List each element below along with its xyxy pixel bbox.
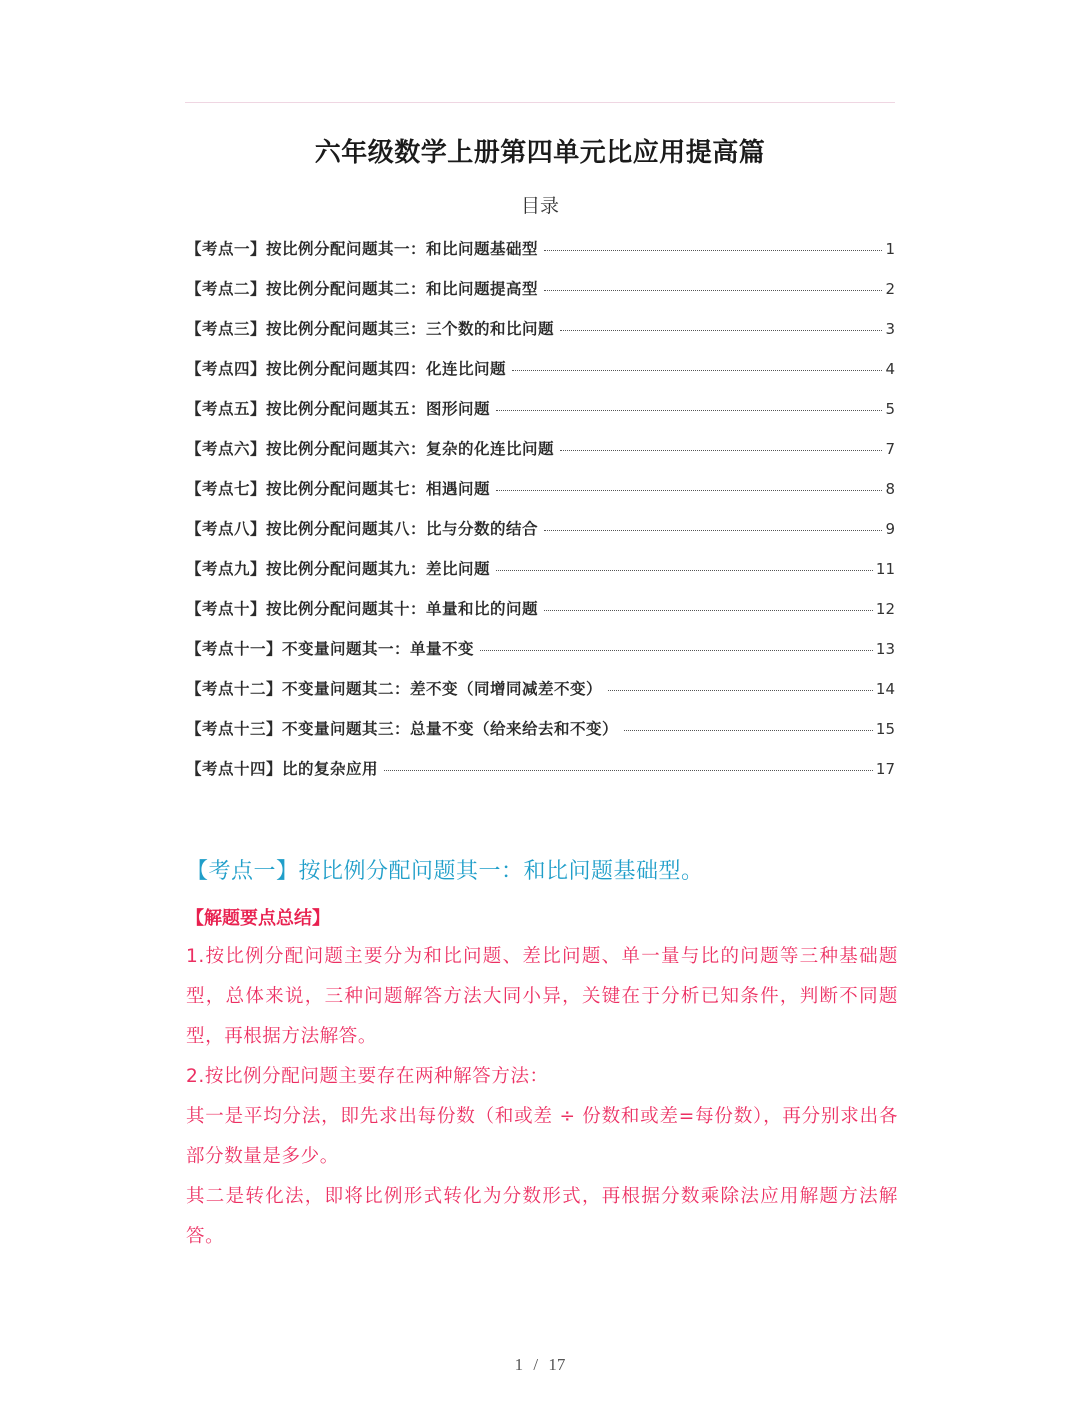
toc-entry-label: 【考点二】按比例分配问题其二：和比问题提高型: [186, 277, 538, 299]
toc-entry-page: 2: [885, 280, 895, 298]
toc-entry-page: 9: [885, 520, 895, 538]
toc-entry-label: 【考点五】按比例分配问题其五：图形问题: [186, 397, 490, 419]
toc-leader-dots: [496, 569, 873, 571]
toc-leader-dots: [544, 249, 882, 251]
toc-entry[interactable]: 【考点六】按比例分配问题其六：复杂的化连比问题 7: [186, 437, 895, 477]
toc-entry-page: 1: [885, 240, 895, 258]
toc-entry-label: 【考点七】按比例分配问题其七：相遇问题: [186, 477, 490, 499]
toc-entry-page: 14: [876, 680, 895, 698]
toc-leader-dots: [560, 329, 882, 331]
toc-entry[interactable]: 【考点八】按比例分配问题其八：比与分数的结合 9: [186, 517, 895, 557]
table-of-contents: 【考点一】按比例分配问题其一：和比问题基础型 1 【考点二】按比例分配问题其二：…: [186, 237, 895, 797]
toc-entry[interactable]: 【考点一】按比例分配问题其一：和比问题基础型 1: [186, 237, 895, 277]
toc-entry-label: 【考点十】按比例分配问题其十：单量和比的问题: [186, 597, 538, 619]
toc-leader-dots: [624, 729, 873, 731]
header-divider: [185, 102, 895, 103]
toc-entry[interactable]: 【考点七】按比例分配问题其七：相遇问题 8: [186, 477, 895, 517]
toc-leader-dots: [496, 409, 882, 411]
toc-leader-dots: [544, 609, 873, 611]
toc-entry[interactable]: 【考点五】按比例分配问题其五：图形问题 5: [186, 397, 895, 437]
document-title: 六年级数学上册第四单元比应用提高篇: [0, 132, 1080, 169]
toc-entry-page: 13: [876, 640, 895, 658]
toc-entry-label: 【考点十二】不变量问题其二：差不变（同增同减差不变）: [186, 677, 602, 699]
toc-heading: 目录: [0, 191, 1080, 218]
toc-entry[interactable]: 【考点十三】不变量问题其三：总量不变（给来给去和不变） 15: [186, 717, 895, 757]
toc-entry-label: 【考点十三】不变量问题其三：总量不变（给来给去和不变）: [186, 717, 618, 739]
toc-entry[interactable]: 【考点四】按比例分配问题其四：化连比问题 4: [186, 357, 895, 397]
toc-entry-label: 【考点六】按比例分配问题其六：复杂的化连比问题: [186, 437, 554, 459]
toc-entry-label: 【考点四】按比例分配问题其四：化连比问题: [186, 357, 506, 379]
toc-entry-page: 5: [885, 400, 895, 418]
section-heading: 【考点一】按比例分配问题其一：和比问题基础型。: [186, 854, 704, 885]
toc-entry-page: 3: [885, 320, 895, 338]
toc-leader-dots: [496, 489, 882, 491]
toc-leader-dots: [480, 649, 873, 651]
summary-body: 1.按比例分配问题主要分为和比问题、差比问题、单一量与比的问题等三种基础题型，总…: [186, 937, 898, 1257]
toc-entry-page: 4: [885, 360, 895, 378]
toc-entry-page: 11: [876, 560, 895, 578]
summary-paragraph: 其二是转化法，即将比例形式转化为分数形式，再根据分数乘除法应用解题方法解答。: [186, 1177, 898, 1257]
page-indicator: 1 / 17: [0, 1355, 1080, 1375]
toc-entry-page: 17: [876, 760, 895, 778]
toc-entry[interactable]: 【考点三】按比例分配问题其三：三个数的和比问题 3: [186, 317, 895, 357]
toc-entry-label: 【考点八】按比例分配问题其八：比与分数的结合: [186, 517, 538, 539]
toc-entry[interactable]: 【考点十二】不变量问题其二：差不变（同增同减差不变） 14: [186, 677, 895, 717]
toc-entry-page: 12: [876, 600, 895, 618]
toc-entry[interactable]: 【考点九】按比例分配问题其九：差比问题 11: [186, 557, 895, 597]
toc-leader-dots: [512, 369, 882, 371]
toc-entry-label: 【考点一】按比例分配问题其一：和比问题基础型: [186, 237, 538, 259]
toc-entry[interactable]: 【考点十一】不变量问题其一：单量不变 13: [186, 637, 895, 677]
toc-leader-dots: [608, 689, 873, 691]
toc-leader-dots: [544, 289, 882, 291]
summary-paragraph: 其一是平均分法，即先求出每份数（和或差 ÷ 份数和或差=每份数），再分别求出各部…: [186, 1097, 898, 1177]
toc-leader-dots: [544, 529, 882, 531]
toc-leader-dots: [384, 769, 873, 771]
toc-entry-label: 【考点三】按比例分配问题其三：三个数的和比问题: [186, 317, 554, 339]
toc-entry[interactable]: 【考点十】按比例分配问题其十：单量和比的问题 12: [186, 597, 895, 637]
summary-label: 【解题要点总结】: [186, 904, 330, 930]
toc-entry[interactable]: 【考点二】按比例分配问题其二：和比问题提高型 2: [186, 277, 895, 317]
toc-entry-page: 7: [885, 440, 895, 458]
toc-entry[interactable]: 【考点十四】比的复杂应用 17: [186, 757, 895, 797]
summary-paragraph: 1.按比例分配问题主要分为和比问题、差比问题、单一量与比的问题等三种基础题型，总…: [186, 937, 898, 1057]
toc-entry-label: 【考点九】按比例分配问题其九：差比问题: [186, 557, 490, 579]
toc-entry-page: 15: [876, 720, 895, 738]
toc-entry-label: 【考点十四】比的复杂应用: [186, 757, 378, 779]
summary-paragraph: 2.按比例分配问题主要存在两种解答方法：: [186, 1057, 898, 1097]
toc-entry-page: 8: [885, 480, 895, 498]
toc-leader-dots: [560, 449, 882, 451]
toc-entry-label: 【考点十一】不变量问题其一：单量不变: [186, 637, 474, 659]
